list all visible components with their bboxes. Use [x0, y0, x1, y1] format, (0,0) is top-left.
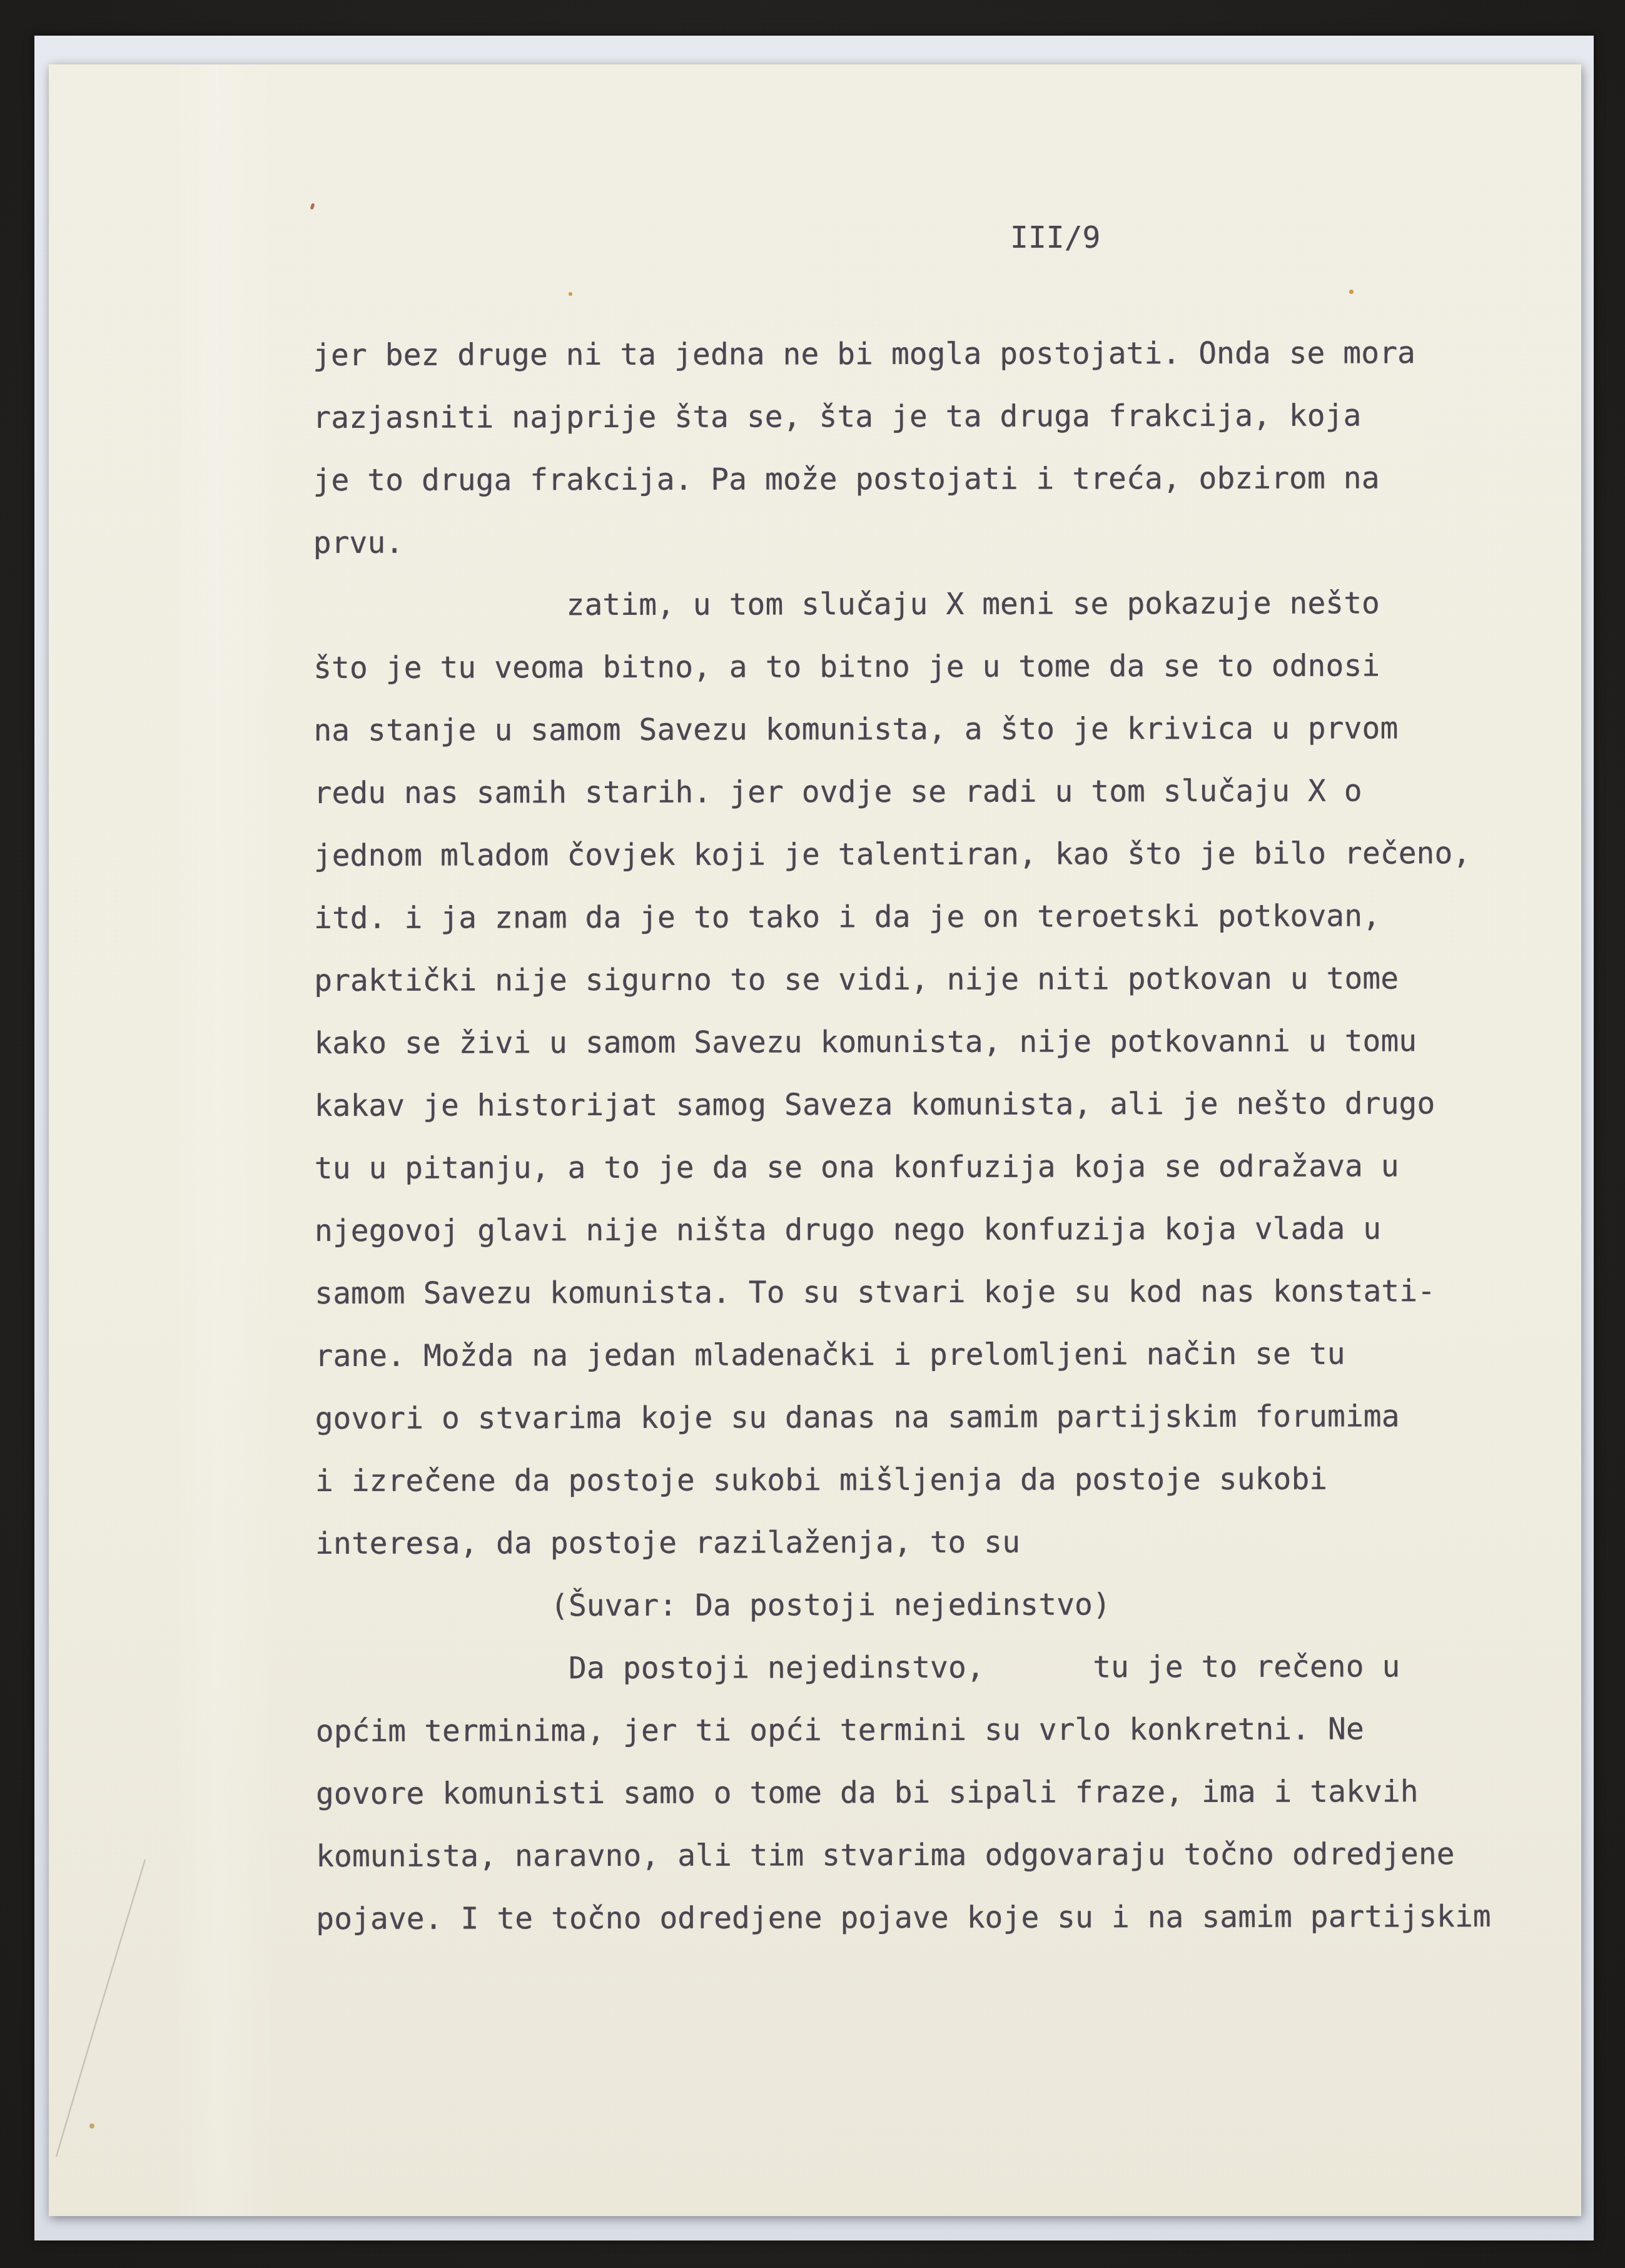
- text-line: Da postoji nejedinstvo, tu je to rečeno …: [315, 1635, 1541, 1700]
- text-line: općim terminima, jer ti opći termini su …: [316, 1698, 1542, 1763]
- text-line: je to druga frakcija. Pa može postojati …: [313, 447, 1539, 512]
- text-line: govori o stvarima koje su danas na samim…: [315, 1385, 1541, 1450]
- text-line: na stanje u samom Savezu komunista, a št…: [313, 697, 1539, 762]
- text-line: praktički nije sigurno to se vidi, nije …: [314, 947, 1540, 1012]
- page-number: III/9: [1010, 220, 1101, 256]
- text-line: prvu.: [313, 509, 1539, 574]
- photo-background: III/9 jer bez druge ni ta jedna ne bi mo…: [0, 0, 1625, 2268]
- text-line: i izrečene da postoje sukobi mišljenja d…: [315, 1447, 1541, 1512]
- text-line: jednom mladom čovjek koji je talentiran,…: [314, 822, 1540, 887]
- paper-speck: [89, 2124, 94, 2129]
- text-line: što je tu veoma bitno, a to bitno je u t…: [313, 634, 1539, 699]
- paper-crease-line: [49, 1841, 174, 2191]
- text-line: njegovoj glavi nije ništa drugo nego kon…: [315, 1197, 1541, 1262]
- text-line: kako se živi u samom Savezu komunista, n…: [314, 1010, 1540, 1075]
- text-line: (Šuvar: Da postoji nejedinstvo): [315, 1572, 1541, 1638]
- text-line: govore komunisti samo o tome da bi sipal…: [316, 1760, 1542, 1825]
- document-page: III/9 jer bez druge ni ta jedna ne bi mo…: [49, 64, 1581, 2216]
- text-line: komunista, naravno, ali tim stvarima odg…: [316, 1823, 1542, 1888]
- text-line: kakav je historijat samog Saveza komunis…: [315, 1072, 1541, 1137]
- paper-speck: [1349, 290, 1354, 294]
- text-line: pojave. I te točno odredjene pojave koje…: [316, 1885, 1542, 1950]
- text-line: interesa, da postoje razilaženja, to su: [315, 1510, 1541, 1575]
- text-line: zatim, u tom slučaju X meni se pokazuje …: [313, 572, 1539, 637]
- text-line: tu u pitanju, a to je da se ona konfuzij…: [315, 1135, 1541, 1200]
- text-line: rane. Možda na jedan mladenački i prelom…: [315, 1322, 1541, 1387]
- text-line: itd. i ja znam da je to tako i da je on …: [314, 884, 1540, 949]
- text-line: razjasniti najprije šta se, šta je ta dr…: [313, 384, 1539, 449]
- paper-speck: [569, 292, 572, 296]
- paper-speck: [1278, 1673, 1281, 1676]
- text-line: redu nas samih starih. jer ovdje se radi…: [313, 759, 1539, 824]
- text-line: samom Savezu komunista. To su stvari koj…: [315, 1260, 1541, 1325]
- typewritten-text: jer bez druge ni ta jedna ne bi mogla po…: [313, 321, 1542, 1950]
- paper-speck: [310, 203, 315, 210]
- text-line: jer bez druge ni ta jedna ne bi mogla po…: [313, 321, 1539, 387]
